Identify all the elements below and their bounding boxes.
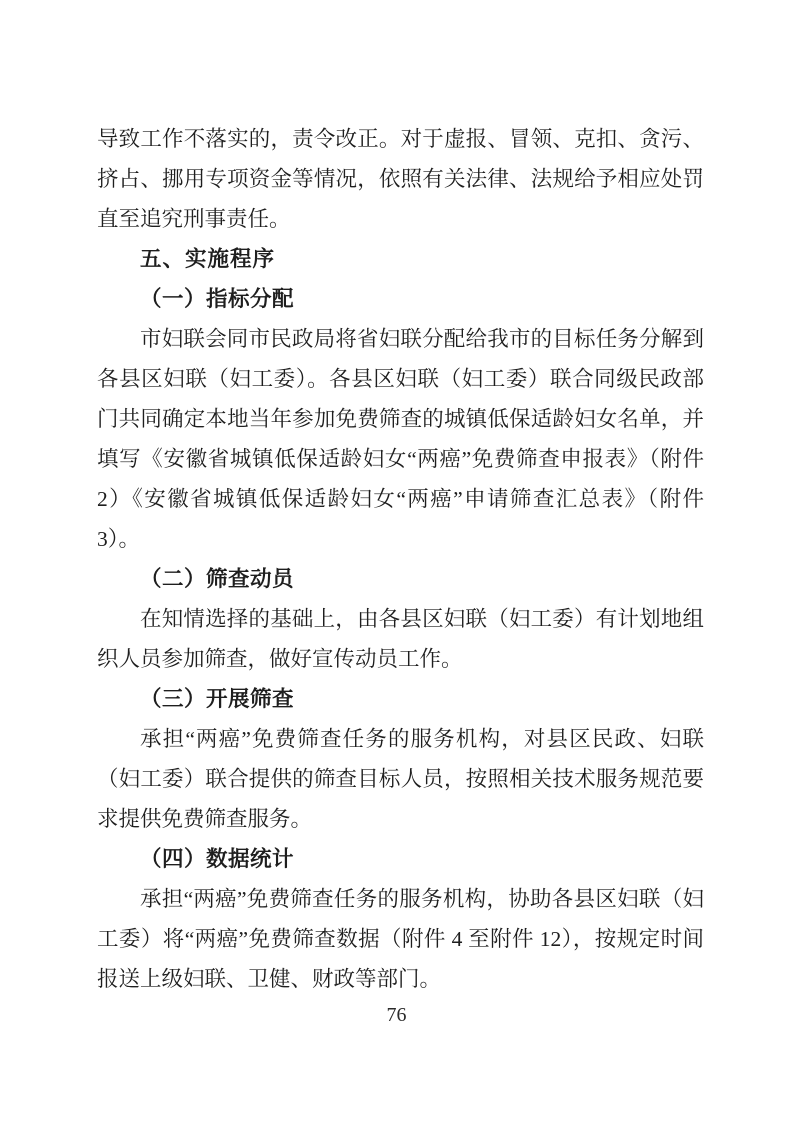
paragraph-indicator-allocation: 市妇联会同市民政局将省妇联分配给我市的目标任务分解到各县区妇联（妇工委）。各县区…	[97, 319, 704, 559]
paragraph-conduct-screening: 承担“两癌”免费筛查任务的服务机构，对县区民政、妇联（妇工委）联合提供的筛查目标…	[97, 719, 704, 839]
paragraph-penalty-continuation: 导致工作不落实的，责令改正。对于虚报、冒领、克扣、贪污、挤占、挪用专项资金等情况…	[97, 119, 704, 239]
paragraph-data-statistics: 承担“两癌”免费筛查任务的服务机构，协助各县区妇联（妇工委）将“两癌”免费筛查数…	[97, 879, 704, 999]
document-content: 导致工作不落实的，责令改正。对于虚报、冒领、克扣、贪污、挤占、挪用专项资金等情况…	[97, 119, 704, 999]
page-number: 76	[387, 1004, 407, 1026]
heading-subsection-screening-mobilization: （二）筛查动员	[97, 559, 704, 599]
heading-subsection-indicator-allocation: （一）指标分配	[97, 279, 704, 319]
heading-subsection-conduct-screening: （三）开展筛查	[97, 679, 704, 719]
document-page: 导致工作不落实的，责令改正。对于虚报、冒领、克扣、贪污、挤占、挪用专项资金等情况…	[0, 0, 793, 1122]
page-footer: 76	[0, 1001, 793, 1029]
heading-section-implementation-procedure: 五、实施程序	[97, 239, 704, 279]
heading-subsection-data-statistics: （四）数据统计	[97, 839, 704, 879]
paragraph-screening-mobilization: 在知情选择的基础上，由各县区妇联（妇工委）有计划地组织人员参加筛查，做好宣传动员…	[97, 599, 704, 679]
